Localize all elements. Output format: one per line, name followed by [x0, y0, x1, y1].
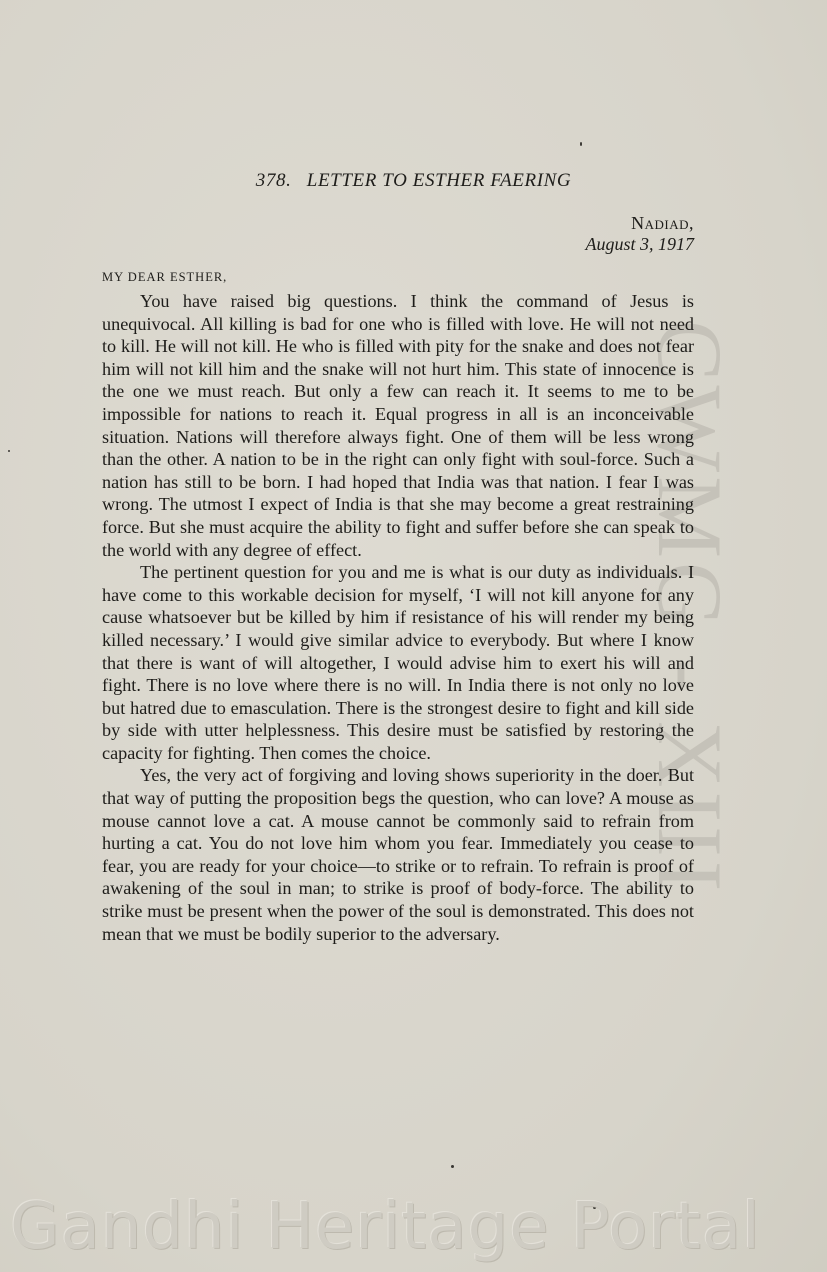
paragraph: Yes, the very act of forgiving and lovin… — [102, 764, 694, 945]
portal-watermark: Gandhi Heritage Portal — [10, 1190, 820, 1264]
letter-title-text: LETTER TO ESTHER FAERING — [307, 170, 571, 191]
scanned-page: CWMG - XIII 378. LETTER TO ESTHER FAERIN… — [0, 0, 827, 1272]
letter-number: 378. — [256, 170, 292, 191]
letter-title: 378. LETTER TO ESTHER FAERING — [0, 170, 827, 192]
print-speck — [451, 1165, 454, 1168]
paragraph: The pertinent question for you and me is… — [102, 561, 694, 764]
letter-place: Nadiad, — [631, 213, 694, 234]
salutation: My dear Esther, — [102, 270, 227, 285]
paragraph: You have raised big questions. I think t… — [102, 290, 694, 561]
letter-body: You have raised big questions. I think t… — [102, 290, 694, 945]
letter-date: August 3, 1917 — [585, 234, 694, 255]
print-speck — [580, 142, 582, 146]
print-speck — [8, 450, 10, 452]
